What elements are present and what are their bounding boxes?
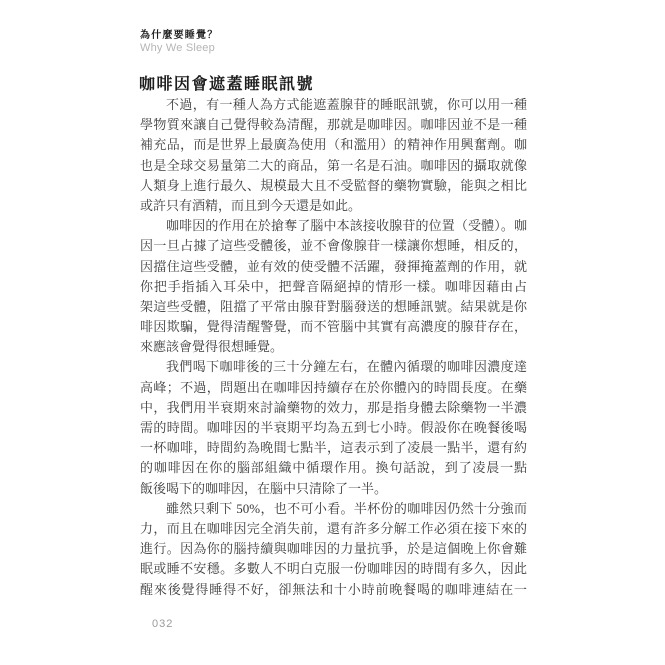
text-line: 眠或睡不安穩。多數人不明白克服一份咖啡因的時間有多久，因此早晨 [140, 559, 527, 579]
text-line: 中，我們用半衰期來討論藥物的效力，那是指身體去除藥物一半濃度所 [140, 398, 527, 418]
text-line: 你把手指插入耳朵中，把聲音隔絕掉的情形一樣。咖啡因藉由占領、綁 [140, 277, 527, 297]
text-line: 也是全球交易量第二大的商品，第一名是石油。咖啡因的攝取就像是在 [140, 156, 527, 176]
text-line: 飯後喝下的咖啡因，在腦中只清除了一半。 [140, 479, 527, 499]
body-text: 不過，有一種人為方式能遮蓋腺苷的睡眠訊號，你可以用一種化學物質來讓自己覺得較為清… [140, 95, 527, 600]
text-line: 一杯咖啡，時間約為晚間七點半，這表示到了凌晨一點半，還有約 50% [140, 438, 527, 458]
text-line: 補充品，而是世界上最廣為使用（和濫用）的精神作用興奮劑。咖啡因 [140, 135, 527, 155]
text-line: 需的時間。咖啡因的半衰期平均為五到七小時。假設你在晚餐後喝了 [140, 418, 527, 438]
text-line: 人類身上進行最久、規模最大且不受監督的藥物實驗，能與之相比的， [140, 176, 527, 196]
text-line: 高峰；不過，問題出在咖啡因持續存在於你體內的時間長度。在藥理學 [140, 378, 527, 398]
text-line: 因一旦占據了這些受體後，並不會像腺苷一樣讓你想睡，相反的，咖啡 [140, 236, 527, 256]
text-line: 不過，有一種人為方式能遮蓋腺苷的睡眠訊號，你可以用一種化 [140, 95, 527, 115]
text-line: 進行。因為你的腦持續與咖啡因的力量抗爭，於是這個晚上你會難以入 [140, 539, 527, 559]
page-number: 032 [152, 618, 173, 630]
text-line: 學物質來讓自己覺得較為清醒，那就是咖啡因。咖啡因並不是一種食物 [140, 115, 527, 135]
text-line: 啡因欺騙，覺得清醒警覺，而不管腦中其實有高濃度的腺苷存在，你本 [140, 317, 527, 337]
text-line: 或許只有酒精，而且到今天還是如此。 [140, 196, 527, 216]
book-title: 為什麼要睡覺？ [140, 26, 218, 41]
book-page: 為什麼要睡覺？ Why We Sleep 咖啡因會遮蓋睡眠訊號 不過，有一種人為… [0, 0, 665, 665]
text-line: 雖然只剩下 50%，也不可小看。半杯份的咖啡因仍然十分強而有 [140, 499, 527, 519]
text-line: 因擋住這些受體，並有效的使受體不活躍，發揮掩蓋劑的作用，就好像 [140, 257, 527, 277]
text-line: 咖啡因的作用在於搶奪了腦中本該接收腺苷的位置（受體）。咖啡 [140, 216, 527, 236]
text-line: 醒來後覺得睡得不好，卻無法和十小時前晚餐喝的咖啡連結在一起。 [140, 580, 527, 600]
text-line: 力，而且在咖啡因完全消失前，還有許多分解工作必須在接下來的時間 [140, 519, 527, 539]
running-header: 為什麼要睡覺？ Why We Sleep [140, 26, 218, 54]
text-line: 架這些受體，阻擋了平常由腺苷對腦發送的想睡訊號。結果就是你被咖 [140, 297, 527, 317]
text-line: 我們喝下咖啡後的三十分鐘左右，在體內循環的咖啡因濃度達到 [140, 357, 527, 377]
book-subtitle: Why We Sleep [140, 42, 218, 54]
text-line: 的咖啡因在你的腦部組織中循環作用。換句話說，到了凌晨一點半，你 [140, 458, 527, 478]
section-heading: 咖啡因會遮蓋睡眠訊號 [139, 71, 314, 94]
text-line: 來應該會覺得很想睡覺。 [140, 337, 527, 357]
